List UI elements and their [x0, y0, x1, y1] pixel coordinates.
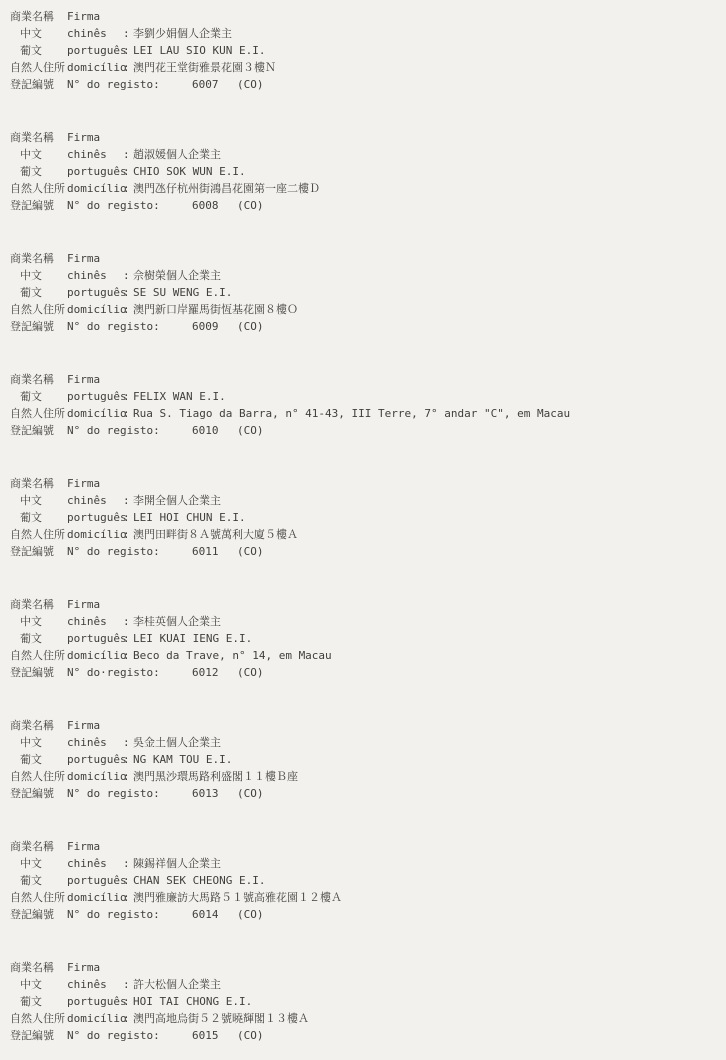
registration-suffix: (CO) [237, 1027, 264, 1044]
domicile-label-pt: domicílio [67, 405, 123, 422]
registration-row: 登記編號 N° do registo: 6008 (CO) [10, 197, 720, 214]
registration-label-pt: N° do registo: [67, 906, 192, 923]
colon-separator: : [123, 301, 133, 318]
portuguese-label-pt: português [67, 509, 123, 526]
portuguese-name-value: LEI KUAI IENG E.I. [133, 630, 720, 647]
portuguese-name-row: 葡文 português : LEI LAU SIO KUN E.I. [10, 42, 720, 59]
domicile-value: 澳門黑沙環馬路利盛閣１１樓Ｂ座 [133, 768, 720, 785]
domicile-label-zh: 自然人住所 [10, 59, 67, 76]
domicile-value: 澳門雅廉訪大馬路５１號高雅花園１２樓Ａ [133, 889, 720, 906]
firm-label-zh: 商業名稱 [10, 371, 67, 388]
portuguese-label-pt: português [67, 751, 123, 768]
chinese-label-pt: chinês [67, 146, 123, 163]
portuguese-label-zh: 葡文 [10, 42, 67, 59]
chinese-label-zh: 中文 [10, 734, 67, 751]
colon-separator: : [123, 509, 133, 526]
portuguese-name-value: NG KAM TOU E.I. [133, 751, 720, 768]
chinese-name-value: 許大松個人企業主 [133, 976, 720, 993]
chinese-name-row: 中文 chinês : 李劉少娟個人企業主 [10, 25, 720, 42]
colon-separator: : [123, 25, 133, 42]
domicile-label-pt: domicílio [67, 889, 123, 906]
domicile-label-pt: domicílio [67, 768, 123, 785]
chinese-name-value: 李劉少娟個人企業主 [133, 25, 720, 42]
domicile-value: 澳門花王堂街雅景花園３樓Ｎ [133, 59, 720, 76]
chinese-name-value: 李桂英個人企業主 [133, 613, 720, 630]
registration-label-zh: 登記編號 [10, 1027, 67, 1044]
colon-separator: : [123, 146, 133, 163]
registration-label-zh: 登記編號 [10, 543, 67, 560]
registration-label-pt: N° do registo: [67, 318, 192, 335]
chinese-label-pt: chinês [67, 855, 123, 872]
registration-label-pt: N° do·registo: [67, 664, 192, 681]
registration-suffix: (CO) [237, 318, 264, 335]
registry-entry: 商業名稱 Firma 中文 chinês : 陳錫祥個人企業主 葡文 portu… [10, 838, 720, 923]
chinese-label-pt: chinês [67, 734, 123, 751]
firm-label-pt: Firma [67, 959, 123, 976]
colon-separator: : [123, 42, 133, 59]
portuguese-label-pt: português [67, 42, 123, 59]
domicile-row: 自然人住所 domicílio : Rua S. Tiago da Barra,… [10, 405, 720, 422]
registry-entry: 商業名稱 Firma 中文 chinês : 李桂英個人企業主 葡文 portu… [10, 596, 720, 681]
chinese-name-row: 中文 chinês : 李桂英個人企業主 [10, 613, 720, 630]
registration-suffix: (CO) [237, 664, 264, 681]
domicile-label-zh: 自然人住所 [10, 405, 67, 422]
colon-separator: : [123, 993, 133, 1010]
chinese-label-zh: 中文 [10, 855, 67, 872]
firm-label-zh: 商業名稱 [10, 250, 67, 267]
domicile-label-pt: domicílio [67, 647, 123, 664]
colon-separator: : [123, 734, 133, 751]
registration-row: 登記編號 N° do registo: 6010 (CO) [10, 422, 720, 439]
colon-separator: : [123, 1010, 133, 1027]
domicile-label-zh: 自然人住所 [10, 1010, 67, 1027]
firm-header-row: 商業名稱 Firma [10, 475, 720, 492]
domicile-row: 自然人住所 domicílio : 澳門高地烏街５２號曉輝閣１３樓Ａ [10, 1010, 720, 1027]
registration-suffix: (CO) [237, 906, 264, 923]
portuguese-label-zh: 葡文 [10, 872, 67, 889]
domicile-row: 自然人住所 domicílio : 澳門氹仔杭州街鴻昌花園第一座二樓Ｄ [10, 180, 720, 197]
domicile-label-pt: domicílio [67, 1010, 123, 1027]
colon-separator: : [123, 284, 133, 301]
colon-separator: : [123, 492, 133, 509]
registration-row: 登記編號 N° do registo: 6013 (CO) [10, 785, 720, 802]
registration-label-pt: N° do registo: [67, 422, 192, 439]
chinese-label-pt: chinês [67, 492, 123, 509]
chinese-name-value: 吳金土個人企業主 [133, 734, 720, 751]
chinese-name-value: 陳錫祥個人企業主 [133, 855, 720, 872]
registration-suffix: (CO) [237, 785, 264, 802]
chinese-label-zh: 中文 [10, 976, 67, 993]
firm-label-zh: 商業名稱 [10, 8, 67, 25]
colon-separator: : [123, 180, 133, 197]
firm-label-zh: 商業名稱 [10, 838, 67, 855]
colon-separator: : [123, 59, 133, 76]
portuguese-name-value: SE SU WENG E.I. [133, 284, 720, 301]
registration-number: 6011 [192, 543, 237, 560]
registry-entry: 商業名稱 Firma 葡文 português : FELIX WAN E.I.… [10, 371, 720, 439]
domicile-label-pt: domicílio [67, 180, 123, 197]
chinese-label-zh: 中文 [10, 146, 67, 163]
colon-separator: : [123, 768, 133, 785]
domicile-value: 澳門新口岸羅馬街恆基花園８樓Ｏ [133, 301, 720, 318]
registration-row: 登記編號 N° do registo: 6007 (CO) [10, 76, 720, 93]
portuguese-label-pt: português [67, 388, 123, 405]
domicile-row: 自然人住所 domicílio : 澳門雅廉訪大馬路５１號高雅花園１２樓Ａ [10, 889, 720, 906]
portuguese-label-pt: português [67, 630, 123, 647]
domicile-label-zh: 自然人住所 [10, 647, 67, 664]
registration-number: 6009 [192, 318, 237, 335]
domicile-row: 自然人住所 domicílio : 澳門花王堂街雅景花園３樓Ｎ [10, 59, 720, 76]
chinese-name-row: 中文 chinês : 趙淑媛個人企業主 [10, 146, 720, 163]
registration-row: 登記編號 N° do·registo: 6012 (CO) [10, 664, 720, 681]
domicile-value: 澳門氹仔杭州街鴻昌花園第一座二樓Ｄ [133, 180, 720, 197]
registration-number: 6013 [192, 785, 237, 802]
domicile-value: Rua S. Tiago da Barra, n° 41-43, III Ter… [133, 405, 720, 422]
portuguese-label-pt: português [67, 284, 123, 301]
registration-suffix: (CO) [237, 543, 264, 560]
registry-entry: 商業名稱 Firma 中文 chinês : 佘樹榮個人企業主 葡文 portu… [10, 250, 720, 335]
firm-header-row: 商業名稱 Firma [10, 129, 720, 146]
firm-label-pt: Firma [67, 250, 123, 267]
portuguese-name-row: 葡文 português : FELIX WAN E.I. [10, 388, 720, 405]
registration-number: 6008 [192, 197, 237, 214]
domicile-label-pt: domicílio [67, 59, 123, 76]
firm-header-row: 商業名稱 Firma [10, 250, 720, 267]
portuguese-name-row: 葡文 português : CHIO SOK WUN E.I. [10, 163, 720, 180]
chinese-name-value: 趙淑媛個人企業主 [133, 146, 720, 163]
firm-label-pt: Firma [67, 371, 123, 388]
chinese-label-zh: 中文 [10, 613, 67, 630]
domicile-label-zh: 自然人住所 [10, 180, 67, 197]
portuguese-name-row: 葡文 português : LEI HOI CHUN E.I. [10, 509, 720, 526]
firm-label-pt: Firma [67, 475, 123, 492]
portuguese-name-value: CHIO SOK WUN E.I. [133, 163, 720, 180]
firm-header-row: 商業名稱 Firma [10, 717, 720, 734]
colon-separator: : [123, 976, 133, 993]
portuguese-label-zh: 葡文 [10, 388, 67, 405]
registration-label-pt: N° do registo: [67, 543, 192, 560]
domicile-row: 自然人住所 domicílio : Beco da Trave, n° 14, … [10, 647, 720, 664]
registration-row: 登記編號 N° do registo: 6014 (CO) [10, 906, 720, 923]
registration-label-pt: N° do registo: [67, 76, 192, 93]
registration-label-zh: 登記編號 [10, 197, 67, 214]
portuguese-name-row: 葡文 português : NG KAM TOU E.I. [10, 751, 720, 768]
registration-label-zh: 登記編號 [10, 906, 67, 923]
portuguese-name-value: HOI TAI CHONG E.I. [133, 993, 720, 1010]
portuguese-name-row: 葡文 português : HOI TAI CHONG E.I. [10, 993, 720, 1010]
registry-entry: 商業名稱 Firma 中文 chinês : 許大松個人企業主 葡文 portu… [10, 959, 720, 1044]
registration-label-zh: 登記編號 [10, 318, 67, 335]
chinese-label-zh: 中文 [10, 267, 67, 284]
domicile-row: 自然人住所 domicílio : 澳門新口岸羅馬街恆基花園８樓Ｏ [10, 301, 720, 318]
chinese-name-row: 中文 chinês : 陳錫祥個人企業主 [10, 855, 720, 872]
chinese-name-row: 中文 chinês : 許大松個人企業主 [10, 976, 720, 993]
portuguese-name-value: LEI HOI CHUN E.I. [133, 509, 720, 526]
chinese-label-zh: 中文 [10, 492, 67, 509]
registration-label-zh: 登記編號 [10, 785, 67, 802]
firm-label-zh: 商業名稱 [10, 717, 67, 734]
colon-separator: : [123, 872, 133, 889]
portuguese-label-pt: português [67, 993, 123, 1010]
chinese-name-row: 中文 chinês : 吳金土個人企業主 [10, 734, 720, 751]
registry-entry: 商業名稱 Firma 中文 chinês : 李開全個人企業主 葡文 portu… [10, 475, 720, 560]
domicile-label-pt: domicílio [67, 526, 123, 543]
registration-number: 6012 [192, 664, 237, 681]
portuguese-name-value: CHAN SEK CHEONG E.I. [133, 872, 720, 889]
portuguese-label-zh: 葡文 [10, 630, 67, 647]
portuguese-label-zh: 葡文 [10, 284, 67, 301]
firm-label-zh: 商業名稱 [10, 596, 67, 613]
registry-entry-list: 商業名稱 Firma 中文 chinês : 李劉少娟個人企業主 葡文 port… [10, 8, 720, 1044]
firm-header-row: 商業名稱 Firma [10, 371, 720, 388]
colon-separator: : [123, 613, 133, 630]
firm-header-row: 商業名稱 Firma [10, 959, 720, 976]
firm-label-pt: Firma [67, 129, 123, 146]
firm-label-pt: Firma [67, 717, 123, 734]
document-page: 商業名稱 Firma 中文 chinês : 李劉少娟個人企業主 葡文 port… [0, 0, 726, 1060]
registration-row: 登記編號 N° do registo: 6009 (CO) [10, 318, 720, 335]
registration-row: 登記編號 N° do registo: 6015 (CO) [10, 1027, 720, 1044]
firm-label-pt: Firma [67, 8, 123, 25]
chinese-name-value: 李開全個人企業主 [133, 492, 720, 509]
chinese-label-pt: chinês [67, 267, 123, 284]
chinese-label-pt: chinês [67, 613, 123, 630]
portuguese-name-value: FELIX WAN E.I. [133, 388, 720, 405]
portuguese-name-value: LEI LAU SIO KUN E.I. [133, 42, 720, 59]
registration-number: 6007 [192, 76, 237, 93]
chinese-label-pt: chinês [67, 976, 123, 993]
colon-separator: : [123, 267, 133, 284]
portuguese-name-row: 葡文 português : SE SU WENG E.I. [10, 284, 720, 301]
portuguese-label-zh: 葡文 [10, 163, 67, 180]
colon-separator: : [123, 751, 133, 768]
portuguese-label-zh: 葡文 [10, 751, 67, 768]
registration-suffix: (CO) [237, 422, 264, 439]
chinese-label-pt: chinês [67, 25, 123, 42]
colon-separator: : [123, 647, 133, 664]
domicile-row: 自然人住所 domicílio : 澳門黑沙環馬路利盛閣１１樓Ｂ座 [10, 768, 720, 785]
colon-separator: : [123, 388, 133, 405]
domicile-row: 自然人住所 domicílio : 澳門田畔街８Ａ號萬利大廈５樓Ａ [10, 526, 720, 543]
firm-label-zh: 商業名稱 [10, 959, 67, 976]
registration-label-zh: 登記編號 [10, 664, 67, 681]
registry-entry: 商業名稱 Firma 中文 chinês : 趙淑媛個人企業主 葡文 portu… [10, 129, 720, 214]
portuguese-label-pt: português [67, 163, 123, 180]
chinese-name-row: 中文 chinês : 佘樹榮個人企業主 [10, 267, 720, 284]
domicile-label-zh: 自然人住所 [10, 889, 67, 906]
registration-number: 6014 [192, 906, 237, 923]
firm-label-zh: 商業名稱 [10, 129, 67, 146]
registry-entry: 商業名稱 Firma 中文 chinês : 吳金土個人企業主 葡文 portu… [10, 717, 720, 802]
chinese-label-zh: 中文 [10, 25, 67, 42]
registration-number: 6015 [192, 1027, 237, 1044]
firm-header-row: 商業名稱 Firma [10, 8, 720, 25]
portuguese-label-pt: português [67, 872, 123, 889]
domicile-label-zh: 自然人住所 [10, 768, 67, 785]
domicile-label-pt: domicílio [67, 301, 123, 318]
firm-label-zh: 商業名稱 [10, 475, 67, 492]
portuguese-label-zh: 葡文 [10, 509, 67, 526]
portuguese-name-row: 葡文 português : CHAN SEK CHEONG E.I. [10, 872, 720, 889]
firm-label-pt: Firma [67, 596, 123, 613]
chinese-name-row: 中文 chinês : 李開全個人企業主 [10, 492, 720, 509]
registration-row: 登記編號 N° do registo: 6011 (CO) [10, 543, 720, 560]
colon-separator: : [123, 526, 133, 543]
registration-label-zh: 登記編號 [10, 76, 67, 93]
colon-separator: : [123, 889, 133, 906]
registration-label-pt: N° do registo: [67, 1027, 192, 1044]
registry-entry: 商業名稱 Firma 中文 chinês : 李劉少娟個人企業主 葡文 port… [10, 8, 720, 93]
portuguese-label-zh: 葡文 [10, 993, 67, 1010]
registration-label-zh: 登記編號 [10, 422, 67, 439]
colon-separator: : [123, 630, 133, 647]
registration-number: 6010 [192, 422, 237, 439]
domicile-value: Beco da Trave, n° 14, em Macau [133, 647, 720, 664]
portuguese-name-row: 葡文 português : LEI KUAI IENG E.I. [10, 630, 720, 647]
firm-header-row: 商業名稱 Firma [10, 596, 720, 613]
colon-separator: : [123, 163, 133, 180]
registration-label-pt: N° do registo: [67, 785, 192, 802]
registration-suffix: (CO) [237, 197, 264, 214]
colon-separator: : [123, 855, 133, 872]
domicile-label-zh: 自然人住所 [10, 301, 67, 318]
chinese-name-value: 佘樹榮個人企業主 [133, 267, 720, 284]
colon-separator: : [123, 405, 133, 422]
domicile-value: 澳門田畔街８Ａ號萬利大廈５樓Ａ [133, 526, 720, 543]
registration-label-pt: N° do registo: [67, 197, 192, 214]
domicile-label-zh: 自然人住所 [10, 526, 67, 543]
firm-header-row: 商業名稱 Firma [10, 838, 720, 855]
domicile-value: 澳門高地烏街５２號曉輝閣１３樓Ａ [133, 1010, 720, 1027]
registration-suffix: (CO) [237, 76, 264, 93]
firm-label-pt: Firma [67, 838, 123, 855]
